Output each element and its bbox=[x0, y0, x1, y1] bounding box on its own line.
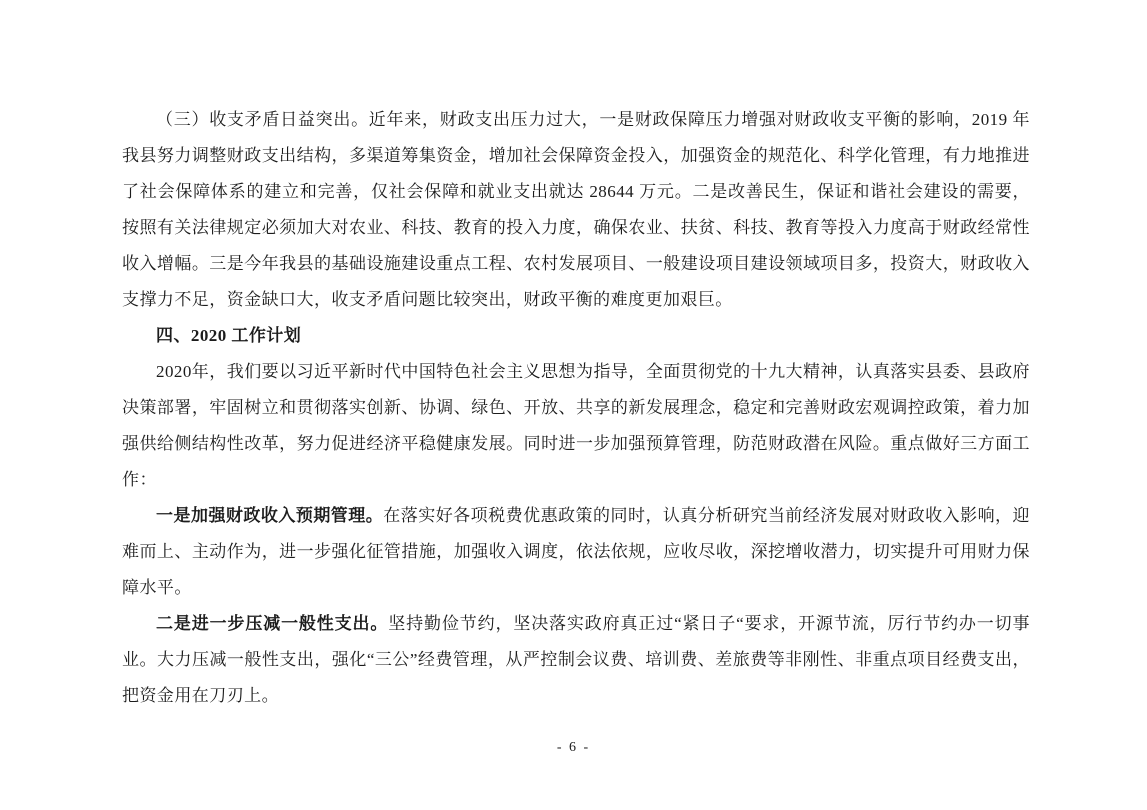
point2-lead-bold: 二是进一步压减一般性支出。 bbox=[156, 614, 388, 633]
paragraph-point1-revenue-management: 一是加强财政收入预期管理。在落实好各项税费优惠政策的同时，认真分析研究当前经济发… bbox=[122, 498, 1030, 606]
section-heading-2020-work-plan: 四、2020 工作计划 bbox=[122, 318, 1030, 354]
point1-lead-bold: 一是加强财政收入预期管理。 bbox=[156, 506, 383, 525]
paragraph-guiding-principles: 2020年，我们要以习近平新时代中国特色社会主义思想为指导，全面贯彻党的十九大精… bbox=[122, 354, 1030, 498]
paragraph-revenue-expenditure-conflict: （三）收支矛盾日益突出。近年来，财政支出压力过大，一是财政保障压力增强对财政收支… bbox=[122, 102, 1030, 318]
paragraph-point2-reduce-general-spending: 二是进一步压减一般性支出。坚持勤俭节约，坚决落实政府真正过“紧日子“要求，开源节… bbox=[122, 606, 1030, 714]
document-page: （三）收支矛盾日益突出。近年来，财政支出压力过大，一是财政保障压力增强对财政收支… bbox=[0, 0, 1147, 810]
page-number: - 6 - bbox=[0, 738, 1147, 758]
document-body: （三）收支矛盾日益突出。近年来，财政支出压力过大，一是财政保障压力增强对财政收支… bbox=[122, 102, 1030, 714]
